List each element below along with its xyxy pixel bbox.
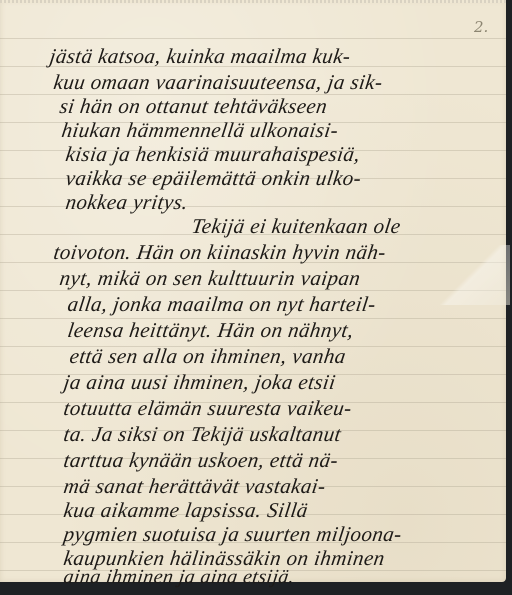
handwritten-line: pygmien suotuisa ja suurten miljoona- (62, 522, 403, 547)
handwritten-line: vaikka se epäilemättä onkin ulko- (64, 166, 363, 191)
handwritten-line: kua aikamme lapsissa. Sillä (62, 498, 310, 523)
paper-top-edge (0, 0, 506, 3)
handwritten-line: mä sanat herättävät vastakai- (62, 474, 327, 499)
handwritten-line: kisia ja henkisiä muurahaispesiä, (64, 142, 362, 167)
handwritten-line: kuu omaan vaarinaisuuteensa, ja sik- (52, 70, 384, 95)
paper-fold-crease (440, 245, 510, 305)
page-number: 2. (474, 18, 488, 36)
handwritten-line: nokkea yritys. (64, 190, 190, 215)
handwritten-line: nyt, mikä on sen kulttuurin vaipan (58, 266, 362, 291)
manuscript-paper: 2. jästä katsoa, kuinka maailma kuk- kuu… (0, 0, 506, 582)
handwritten-line: jästä katsoa, kuinka maailma kuk- (48, 44, 352, 69)
handwritten-line: tarttua kynään uskoen, että nä- (62, 448, 340, 473)
handwritten-line: hiukan hämmennellä ulkonaisi- (60, 118, 340, 143)
handwritten-line: että sen alla on ihminen, vanha (68, 344, 348, 369)
scanned-page: 2. jästä katsoa, kuinka maailma kuk- kuu… (0, 0, 512, 595)
handwritten-line: toivoton. Hän on kiinaskin hyvin näh- (52, 240, 388, 265)
handwritten-line: ja aina uusi ihminen, joka etsii (62, 370, 337, 395)
handwritten-line: totuutta elämän suuresta vaikeu- (62, 396, 353, 421)
handwritten-line: alla, jonka maailma on nyt harteil- (66, 292, 377, 317)
handwritten-line: Tekijä ei kuitenkaan ole (190, 214, 402, 239)
handwritten-line: si hän on ottanut tehtäväkseen (58, 94, 329, 119)
ruled-line (0, 38, 506, 39)
handwritten-line: ta. Ja siksi on Tekijä uskaltanut (62, 422, 343, 447)
handwritten-line: leensa heittänyt. Hän on nähnyt, (66, 318, 355, 343)
handwritten-line: aina ihminen ja aina etsijä. (62, 566, 296, 589)
